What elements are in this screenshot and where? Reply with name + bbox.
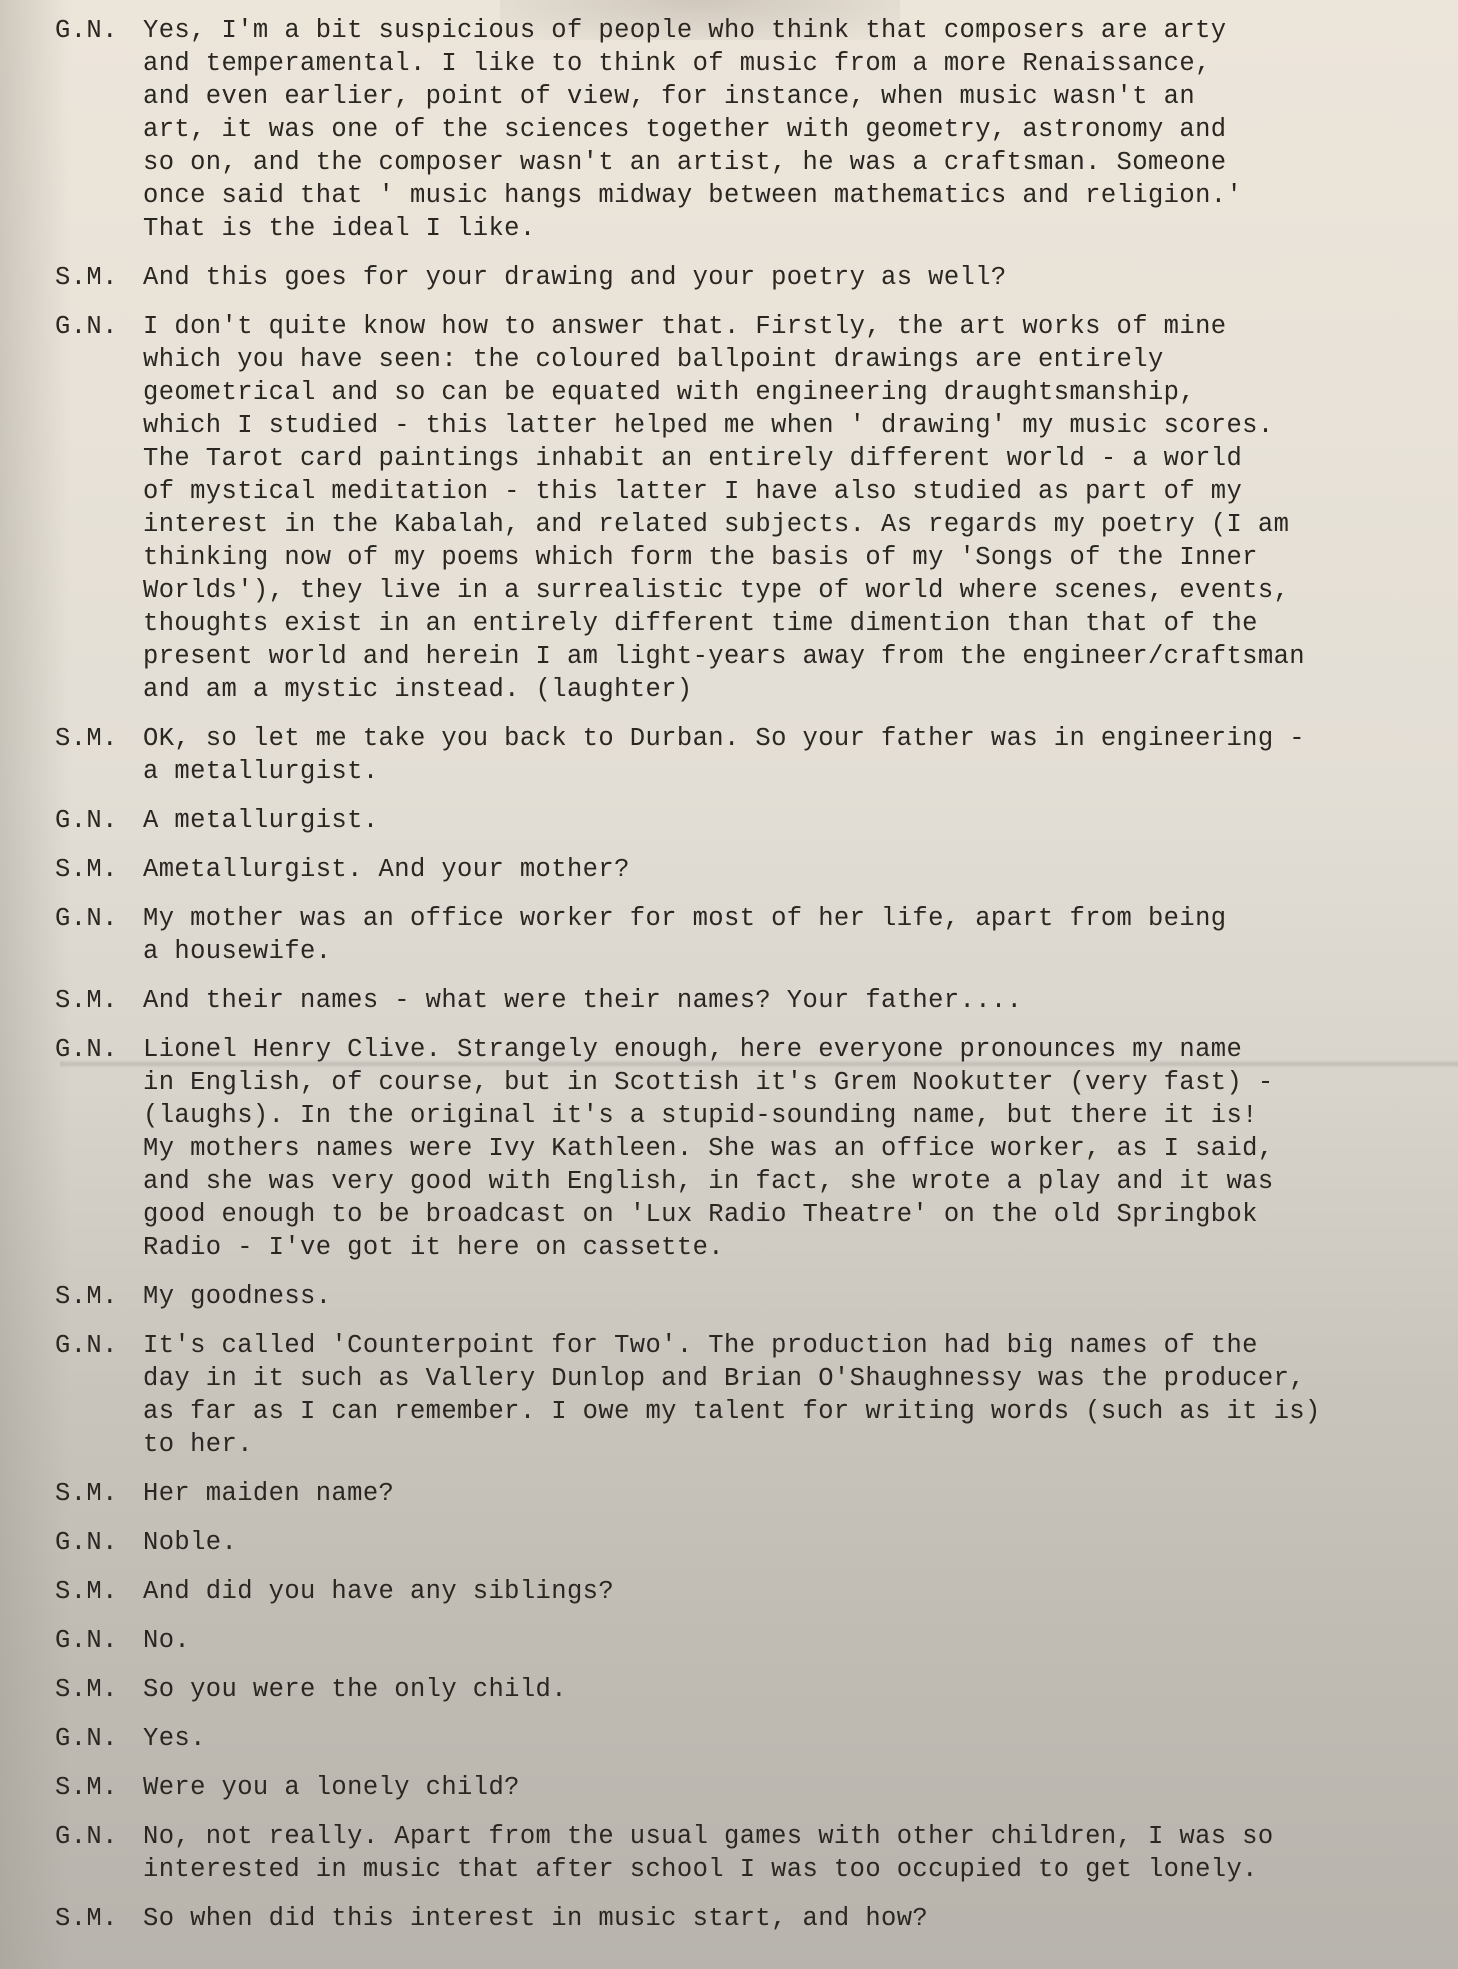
text-line: So when did this interest in music start…: [143, 1902, 1415, 1935]
utterance-text: No.: [143, 1624, 1415, 1657]
utterance-text: And their names - what were their names?…: [143, 984, 1415, 1017]
text-line: as far as I can remember. I owe my talen…: [143, 1395, 1415, 1428]
utterance-text: Noble.: [143, 1526, 1415, 1559]
utterance-text: And this goes for your drawing and your …: [143, 261, 1415, 294]
transcript-entry: G.N.I don't quite know how to answer tha…: [55, 310, 1415, 706]
text-line: And did you have any siblings?: [143, 1575, 1415, 1608]
utterance-text: So you were the only child.: [143, 1673, 1415, 1706]
utterance-text: It's called 'Counterpoint for Two'. The …: [143, 1329, 1415, 1461]
speaker-label: G.N.: [55, 310, 143, 343]
text-line: a metallurgist.: [143, 755, 1415, 788]
transcript-entry: G.N.Lionel Henry Clive. Strangely enough…: [55, 1033, 1415, 1264]
text-line: art, it was one of the sciences together…: [143, 113, 1415, 146]
transcript-body: G.N.Yes, I'm a bit suspicious of people …: [55, 14, 1415, 1951]
speaker-label: S.M.: [55, 1477, 143, 1510]
speaker-label: G.N.: [55, 14, 143, 47]
text-line: to her.: [143, 1428, 1415, 1461]
speaker-label: S.M.: [55, 1771, 143, 1804]
text-line: in English, of course, but in Scottish i…: [143, 1066, 1415, 1099]
text-line: and she was very good with English, in f…: [143, 1165, 1415, 1198]
transcript-entry: S.M.And this goes for your drawing and y…: [55, 261, 1415, 294]
text-line: My goodness.: [143, 1280, 1415, 1313]
text-line: so on, and the composer wasn't an artist…: [143, 146, 1415, 179]
text-line: Yes.: [143, 1722, 1415, 1755]
text-line: which you have seen: the coloured ballpo…: [143, 343, 1415, 376]
text-line: Her maiden name?: [143, 1477, 1415, 1510]
speaker-label: S.M.: [55, 984, 143, 1017]
text-line: Noble.: [143, 1526, 1415, 1559]
text-line: and am a mystic instead. (laughter): [143, 673, 1415, 706]
transcript-entry: G.N.My mother was an office worker for m…: [55, 902, 1415, 968]
transcript-entry: S.M.And their names - what were their na…: [55, 984, 1415, 1017]
utterance-text: So when did this interest in music start…: [143, 1902, 1415, 1935]
utterance-text: And did you have any siblings?: [143, 1575, 1415, 1608]
text-line: The Tarot card paintings inhabit an enti…: [143, 442, 1415, 475]
speaker-label: G.N.: [55, 1722, 143, 1755]
utterance-text: Lionel Henry Clive. Strangely enough, he…: [143, 1033, 1415, 1264]
utterance-text: No, not really. Apart from the usual gam…: [143, 1820, 1415, 1886]
text-line: thinking now of my poems which form the …: [143, 541, 1415, 574]
text-line: thoughts exist in an entirely different …: [143, 607, 1415, 640]
transcript-entry: S.M.And did you have any siblings?: [55, 1575, 1415, 1608]
transcript-entry: S.M.OK, so let me take you back to Durba…: [55, 722, 1415, 788]
transcript-entry: G.N.Yes, I'm a bit suspicious of people …: [55, 14, 1415, 245]
text-line: Radio - I've got it here on cassette.: [143, 1231, 1415, 1264]
text-line: Worlds'), they live in a surrealistic ty…: [143, 574, 1415, 607]
text-line: Lionel Henry Clive. Strangely enough, he…: [143, 1033, 1415, 1066]
text-line: and even earlier, point of view, for ins…: [143, 80, 1415, 113]
utterance-text: OK, so let me take you back to Durban. S…: [143, 722, 1415, 788]
utterance-text: I don't quite know how to answer that. F…: [143, 310, 1415, 706]
speaker-label: G.N.: [55, 902, 143, 935]
text-line: once said that ' music hangs midway betw…: [143, 179, 1415, 212]
utterance-text: Ametallurgist. And your mother?: [143, 853, 1415, 886]
text-line: So you were the only child.: [143, 1673, 1415, 1706]
text-line: interested in music that after school I …: [143, 1853, 1415, 1886]
text-line: And this goes for your drawing and your …: [143, 261, 1415, 294]
text-line: My mothers names were Ivy Kathleen. She …: [143, 1132, 1415, 1165]
text-line: And their names - what were their names?…: [143, 984, 1415, 1017]
text-line: geometrical and so can be equated with e…: [143, 376, 1415, 409]
text-line: I don't quite know how to answer that. F…: [143, 310, 1415, 343]
transcript-entry: S.M.Were you a lonely child?: [55, 1771, 1415, 1804]
utterance-text: Were you a lonely child?: [143, 1771, 1415, 1804]
speaker-label: G.N.: [55, 1820, 143, 1853]
transcript-entry: G.N.No.: [55, 1624, 1415, 1657]
typed-transcript-page: G.N.Yes, I'm a bit suspicious of people …: [0, 0, 1458, 1969]
utterance-text: Her maiden name?: [143, 1477, 1415, 1510]
speaker-label: S.M.: [55, 722, 143, 755]
text-line: a housewife.: [143, 935, 1415, 968]
transcript-entry: S.M.Her maiden name?: [55, 1477, 1415, 1510]
utterance-text: My mother was an office worker for most …: [143, 902, 1415, 968]
utterance-text: My goodness.: [143, 1280, 1415, 1313]
text-line: No.: [143, 1624, 1415, 1657]
speaker-label: G.N.: [55, 1624, 143, 1657]
utterance-text: A metallurgist.: [143, 804, 1415, 837]
text-line: interest in the Kabalah, and related sub…: [143, 508, 1415, 541]
speaker-label: S.M.: [55, 1902, 143, 1935]
speaker-label: G.N.: [55, 1033, 143, 1066]
speaker-label: G.N.: [55, 804, 143, 837]
text-line: It's called 'Counterpoint for Two'. The …: [143, 1329, 1415, 1362]
transcript-entry: G.N.No, not really. Apart from the usual…: [55, 1820, 1415, 1886]
speaker-label: S.M.: [55, 261, 143, 294]
speaker-label: S.M.: [55, 1280, 143, 1313]
text-line: of mystical meditation - this latter I h…: [143, 475, 1415, 508]
transcript-entry: S.M.Ametallurgist. And your mother?: [55, 853, 1415, 886]
utterance-text: Yes.: [143, 1722, 1415, 1755]
transcript-entry: S.M.My goodness.: [55, 1280, 1415, 1313]
speaker-label: S.M.: [55, 1575, 143, 1608]
speaker-label: G.N.: [55, 1526, 143, 1559]
text-line: OK, so let me take you back to Durban. S…: [143, 722, 1415, 755]
speaker-label: S.M.: [55, 853, 143, 886]
speaker-label: G.N.: [55, 1329, 143, 1362]
text-line: Ametallurgist. And your mother?: [143, 853, 1415, 886]
text-line: and temperamental. I like to think of mu…: [143, 47, 1415, 80]
transcript-entry: G.N.It's called 'Counterpoint for Two'. …: [55, 1329, 1415, 1461]
text-line: Were you a lonely child?: [143, 1771, 1415, 1804]
text-line: My mother was an office worker for most …: [143, 902, 1415, 935]
text-line: A metallurgist.: [143, 804, 1415, 837]
transcript-entry: G.N.A metallurgist.: [55, 804, 1415, 837]
transcript-entry: G.N.Yes.: [55, 1722, 1415, 1755]
text-line: present world and herein I am light-year…: [143, 640, 1415, 673]
transcript-entry: G.N.Noble.: [55, 1526, 1415, 1559]
text-line: good enough to be broadcast on 'Lux Radi…: [143, 1198, 1415, 1231]
text-line: day in it such as Vallery Dunlop and Bri…: [143, 1362, 1415, 1395]
transcript-entry: S.M.So when did this interest in music s…: [55, 1902, 1415, 1935]
speaker-label: S.M.: [55, 1673, 143, 1706]
text-line: That is the ideal I like.: [143, 212, 1415, 245]
utterance-text: Yes, I'm a bit suspicious of people who …: [143, 14, 1415, 245]
text-line: (laughs). In the original it's a stupid-…: [143, 1099, 1415, 1132]
text-line: which I studied - this latter helped me …: [143, 409, 1415, 442]
text-line: Yes, I'm a bit suspicious of people who …: [143, 14, 1415, 47]
transcript-entry: S.M.So you were the only child.: [55, 1673, 1415, 1706]
text-line: No, not really. Apart from the usual gam…: [143, 1820, 1415, 1853]
